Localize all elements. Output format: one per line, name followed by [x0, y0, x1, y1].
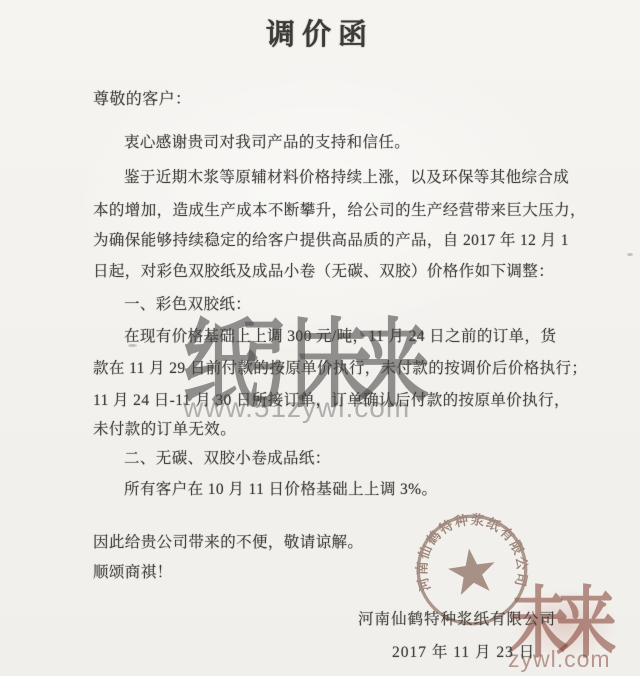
signature-company: 河南仙鹤特种浆纸有限公司 — [358, 607, 556, 629]
body-line: 款在 11 月 29 日前付款的按原单价执行，未付款的按调价后价格执行； — [93, 358, 563, 379]
scan-speck — [627, 253, 633, 256]
seal-star-icon — [446, 545, 499, 596]
body-line: 所有客户在 10 月 11 日价格基础上上调 3%。 — [124, 479, 594, 500]
body-line: 11 月 24 日-11 月 30 日所接订单，订单确认后付款的按原单价执行， — [93, 390, 563, 411]
document-title: 调价函 — [0, 12, 640, 53]
salutation: 尊敬的客户： — [93, 89, 563, 110]
body-line: 二、无碳、双胶小卷成品纸： — [124, 448, 594, 469]
body-line: 在现有价格基础上上调 300 元/吨，11 月 24 日之前的订单，货 — [124, 326, 594, 347]
body-line: 日起，对彩色双胶纸及成品小卷（无碳、双胶）价格作如下调整： — [93, 261, 563, 282]
body-line: 未付款的订单无效。 — [93, 419, 563, 440]
body-line: 为确保能够持续稳定的给客户提供高品质的产品，自 2017 年 12 月 1 — [93, 230, 563, 251]
signature-date: 2017 年 11 月 23 日 — [392, 640, 535, 662]
body-line: 一、彩色双胶纸： — [124, 294, 594, 315]
body-line: 鉴于近期木浆等原辅材料价格持续上涨，以及环保等其他综合成 — [124, 167, 594, 188]
scanned-letter-page: 调价函 纸引未来 www.51zywl.com 未来 zywl.com 尊敬的客… — [0, 0, 640, 676]
body-line: 衷心感谢贵司对我司产品的支持和信任。 — [124, 132, 594, 153]
body-line: 本的增加，造成生产成本不断攀升，给公司的生产经营带来巨大压力， — [93, 200, 563, 221]
scan-speck — [128, 344, 137, 347]
